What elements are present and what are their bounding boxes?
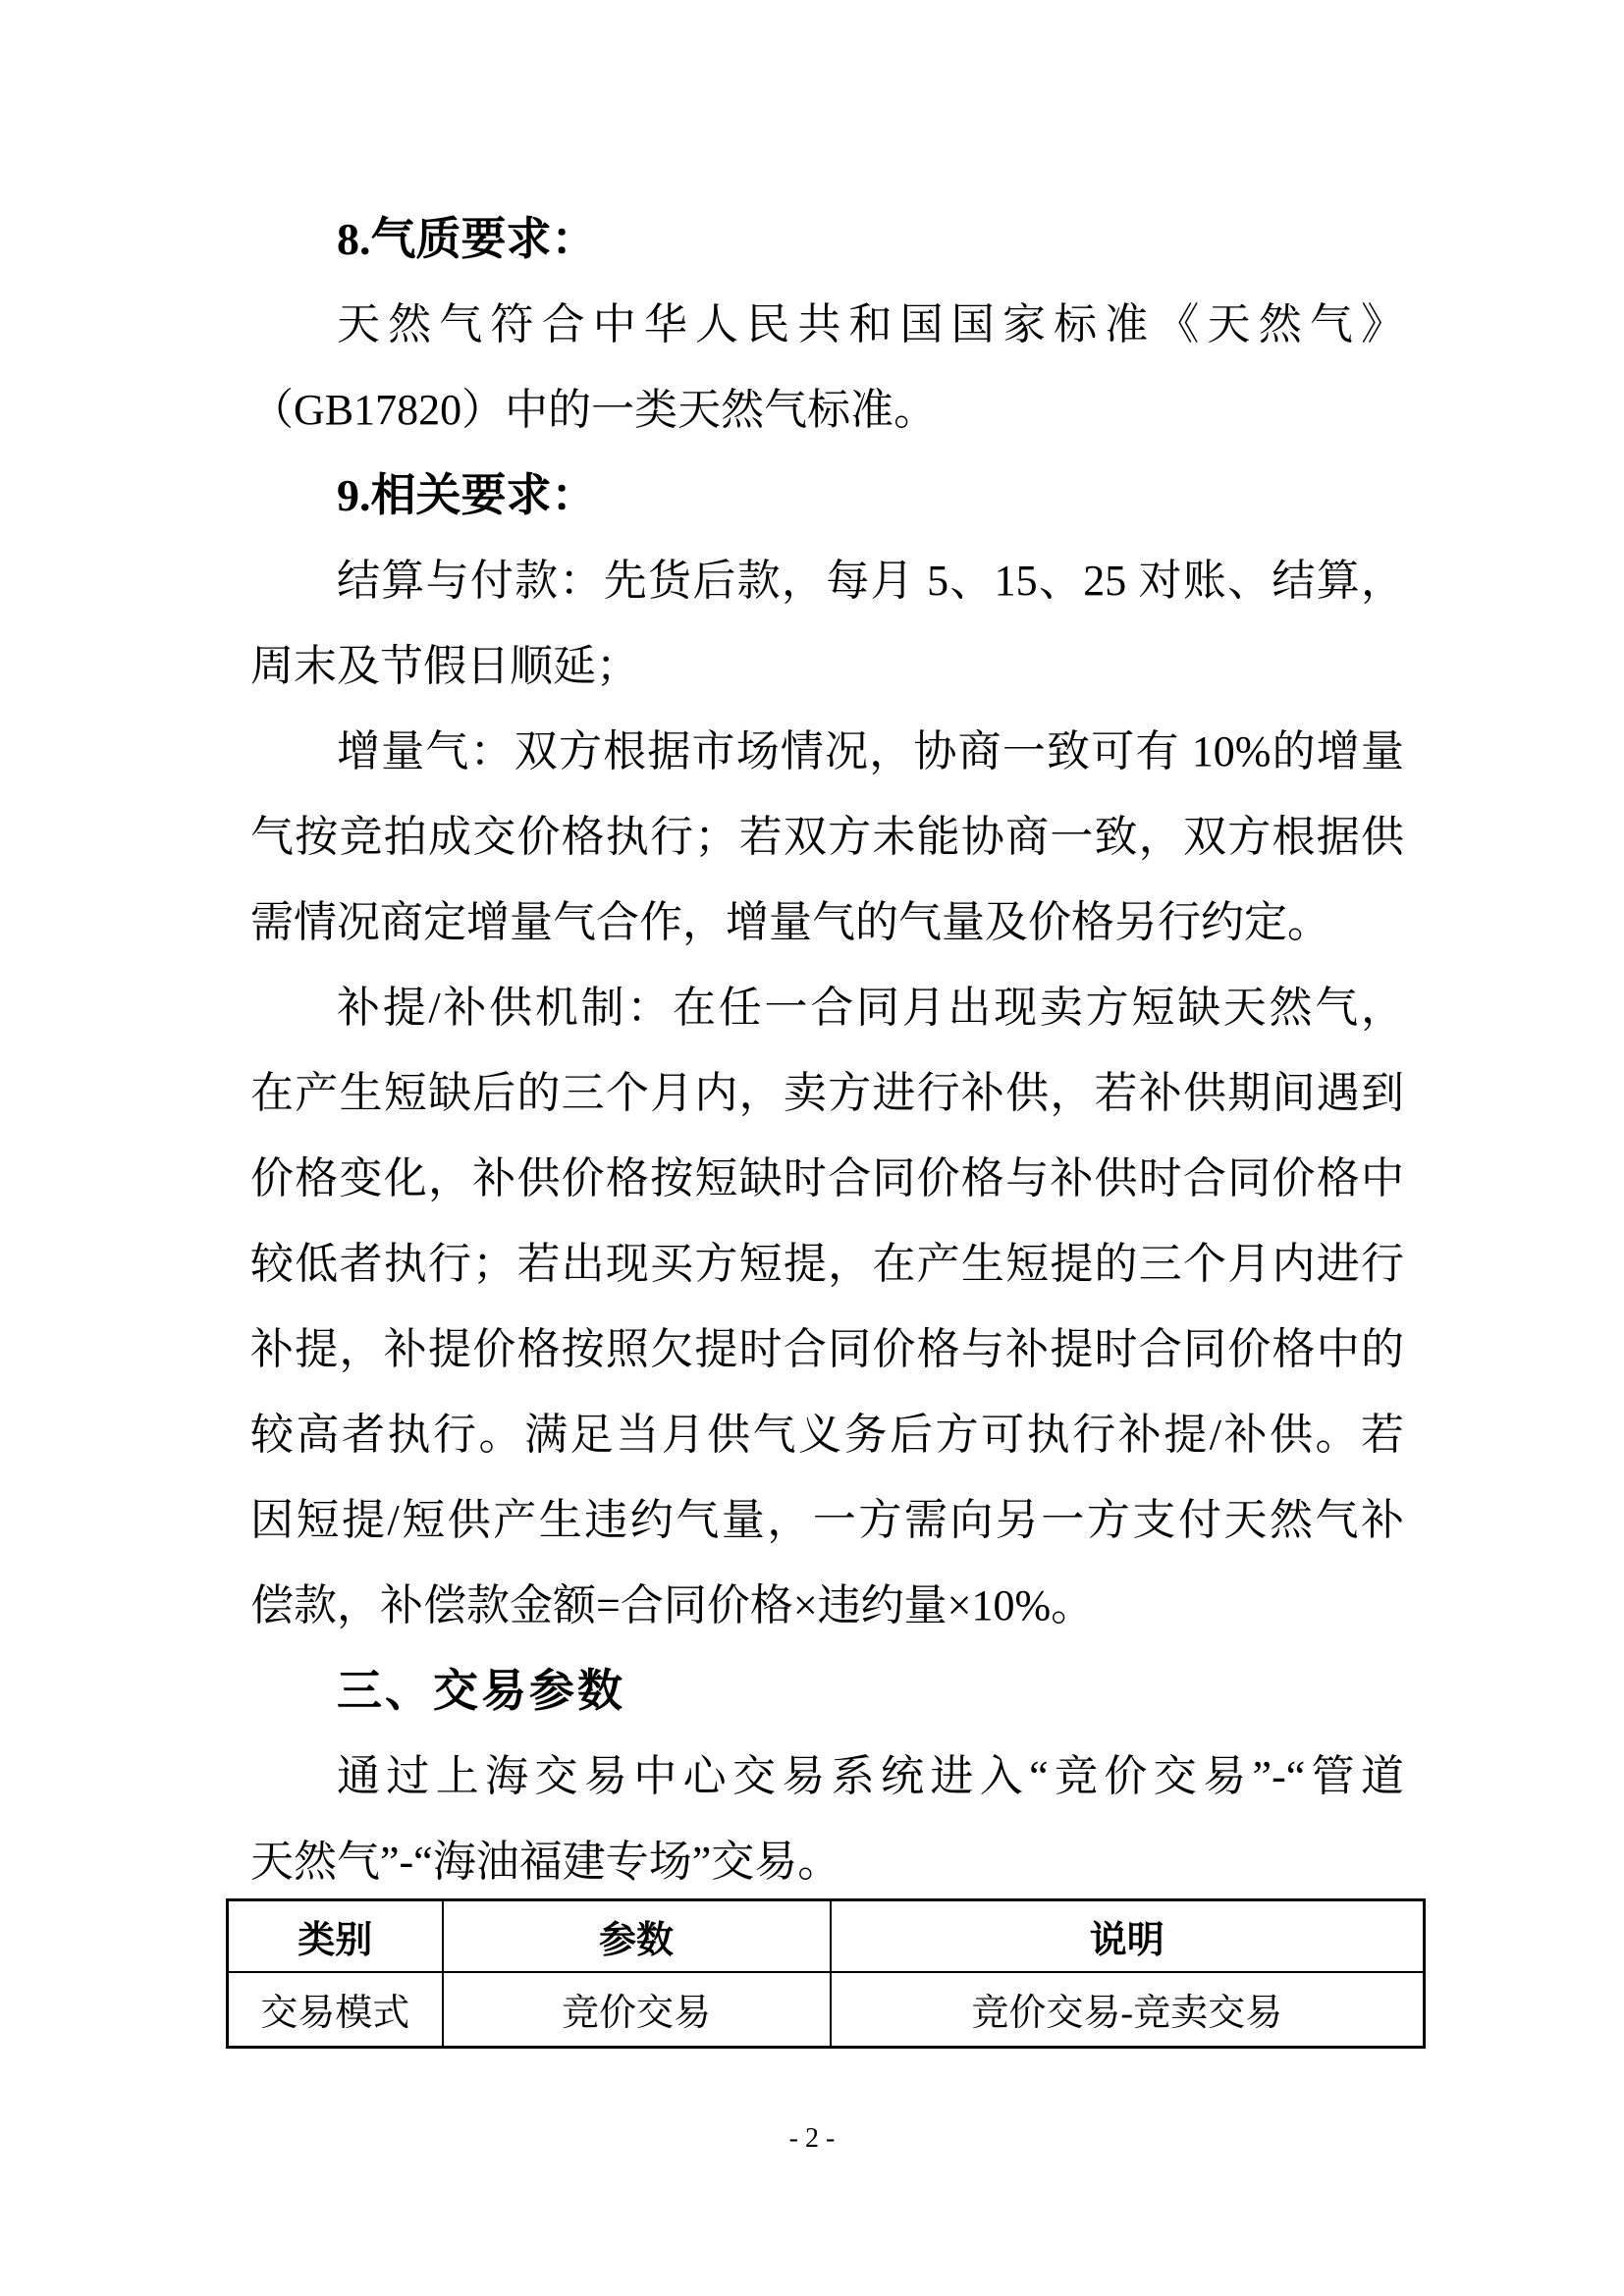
paragraph-line: 补提/补供机制：在任一合同月出现卖方短缺天然气， xyxy=(250,965,1404,1050)
paragraph-line: 增量气：双方根据市场情况，协商一致可有 10%的增量 xyxy=(250,709,1404,794)
paragraph-line: 较低者执行；若出现买方短提，在产生短提的三个月内进行 xyxy=(250,1221,1404,1307)
paragraph-line: 通过上海交易中心交易系统进入“竞价交易”-“管道 xyxy=(250,1734,1404,1819)
paragraph-line: 需情况商定增量气合作，增量气的气量及价格另行约定。 xyxy=(250,880,1404,965)
page-number: - 2 - xyxy=(0,2123,1624,2155)
paragraph-line: 在产生短缺后的三个月内，卖方进行补供，若补供期间遇到 xyxy=(250,1050,1404,1136)
paragraph-line: 偿款，补偿款金额=合同价格×违约量×10%。 xyxy=(250,1563,1404,1648)
paragraph-line: 补提，补提价格按照欠提时合同价格与补提时合同价格中的 xyxy=(250,1307,1404,1392)
paragraph-line: 因短提/短供产生违约气量，一方需向另一方支付天然气补 xyxy=(250,1477,1404,1563)
paragraph-line: （GB17820）中的一类天然气标准。 xyxy=(250,367,1404,453)
paragraph-line: 价格变化，补供价格按短缺时合同价格与补供时合同价格中 xyxy=(250,1136,1404,1221)
document-page: 8.气质要求： 天然气符合中华人民共和国国家标准《天然气》 （GB17820）中… xyxy=(0,0,1624,2296)
paragraph-line: 气按竞拍成交价格执行；若双方未能协商一致，双方根据供 xyxy=(250,794,1404,880)
section-heading-3-trade-parameters: 三、交易参数 xyxy=(250,1648,1404,1734)
section-heading-8-gas-quality: 8.气质要求： xyxy=(250,196,1404,282)
cell-description: 竞价交易-竞卖交易 xyxy=(831,1972,1425,2048)
section-heading-9-related-requirements: 9.相关要求： xyxy=(250,453,1404,538)
table-header-description: 说明 xyxy=(831,1900,1425,1972)
trade-parameters-table: 类别 参数 说明 交易模式 竞价交易 竞价交易-竞卖交易 xyxy=(226,1898,1426,2049)
paragraph-line: 结算与付款：先货后款，每月 5、15、25 对账、结算， xyxy=(250,538,1404,623)
cell-parameter: 竞价交易 xyxy=(443,1972,831,2048)
paragraph-line: 天然气符合中华人民共和国国家标准《天然气》 xyxy=(250,282,1404,367)
cell-category: 交易模式 xyxy=(228,1972,443,2048)
table-header-parameter: 参数 xyxy=(443,1900,831,1972)
paragraph-line: 较高者执行。满足当月供气义务后方可执行补提/补供。若 xyxy=(250,1392,1404,1477)
document-body: 8.气质要求： 天然气符合中华人民共和国国家标准《天然气》 （GB17820）中… xyxy=(0,0,1404,1904)
table-header-category: 类别 xyxy=(228,1900,443,1972)
table-header-row: 类别 参数 说明 xyxy=(228,1900,1425,1972)
table-row-trade-mode: 交易模式 竞价交易 竞价交易-竞卖交易 xyxy=(228,1972,1425,2048)
paragraph-line: 周末及节假日顺延； xyxy=(250,623,1404,709)
paragraph-line: 天然气”-“海油福建专场”交易。 xyxy=(250,1819,1404,1904)
